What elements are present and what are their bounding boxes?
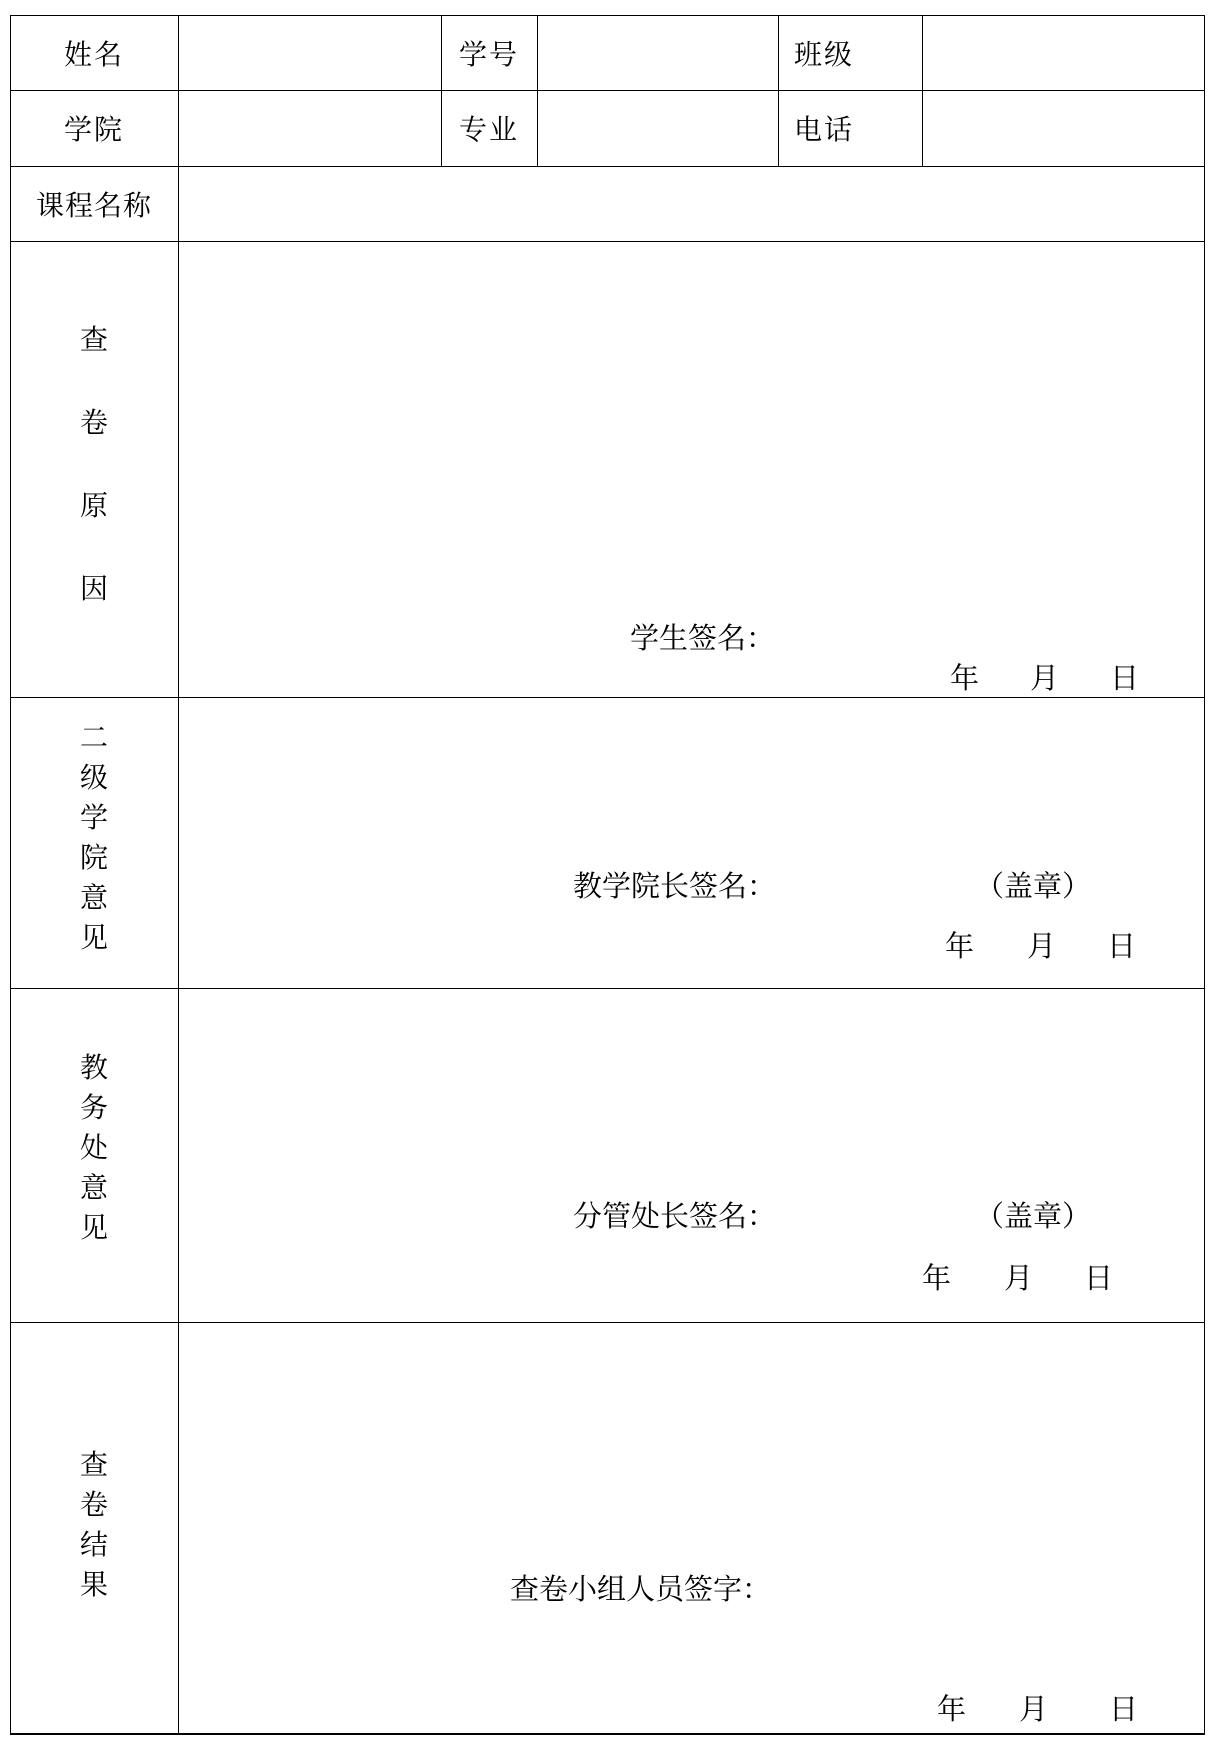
label-char: 院: [80, 838, 108, 878]
major-field[interactable]: [537, 90, 778, 166]
label-char: 级: [80, 758, 108, 798]
review-team-signature-label: 查卷小组人员签字：: [510, 1567, 771, 1608]
label-char: 果: [80, 1565, 108, 1605]
label-char: 务: [80, 1088, 108, 1128]
class-label: 班级: [778, 15, 922, 90]
academic-affairs-opinion-field[interactable]: [180, 990, 1203, 1180]
review-result-field[interactable]: [180, 1324, 1203, 1564]
seal-label: （盖章）: [975, 1194, 1091, 1235]
phone-field[interactable]: [922, 90, 1204, 166]
date-month: 月: [1019, 1687, 1048, 1728]
date-day: 日: [1110, 656, 1139, 697]
major-label: 专业: [441, 90, 537, 166]
date-day: 日: [1107, 924, 1136, 965]
label-char: 见: [80, 918, 108, 958]
student-id-field[interactable]: [537, 15, 778, 90]
student-id-label: 学号: [441, 15, 537, 90]
review-reason-field[interactable]: [180, 243, 1203, 623]
date-year: 年: [950, 656, 979, 697]
label-char: 结: [80, 1525, 108, 1565]
review-result-label: 查 卷 结 果: [10, 1445, 178, 1605]
label-char: 因: [80, 569, 108, 609]
row-divider: [10, 988, 1205, 989]
dean-signature-label: 教学院长签名：: [573, 864, 776, 905]
label-char: 意: [80, 878, 108, 918]
college-opinion-field[interactable]: [180, 699, 1203, 859]
label-char: 学: [80, 798, 108, 838]
director-signature-label: 分管处长签名：: [573, 1194, 776, 1235]
date-day: 日: [1084, 1256, 1113, 1297]
row-divider: [10, 1322, 1205, 1323]
college-field[interactable]: [178, 90, 441, 166]
phone-label: 电话: [778, 90, 922, 166]
date-month: 月: [1030, 656, 1059, 697]
college-opinion-label: 二 级 学 院 意 见: [10, 718, 178, 958]
student-signature-label: 学生签名：: [630, 616, 775, 657]
table-border-right: [1204, 15, 1205, 1734]
name-field[interactable]: [178, 15, 441, 90]
review-reason-label: 查 卷 原 因: [10, 320, 178, 609]
date-year: 年: [945, 924, 974, 965]
label-char: 查: [80, 320, 108, 360]
academic-affairs-opinion-label: 教 务 处 意 见: [10, 1048, 178, 1248]
class-field[interactable]: [922, 15, 1204, 90]
name-label: 姓名: [10, 15, 178, 90]
course-name-field[interactable]: [178, 166, 1204, 241]
date-day: 日: [1109, 1687, 1138, 1728]
label-char: 卷: [80, 403, 108, 443]
date-month: 月: [1004, 1256, 1033, 1297]
label-char: 见: [80, 1208, 108, 1248]
course-name-label: 课程名称: [10, 166, 178, 241]
col-divider: [178, 15, 179, 1734]
label-char: 查: [80, 1445, 108, 1485]
seal-label: （盖章）: [975, 864, 1091, 905]
date-year: 年: [922, 1256, 951, 1297]
label-char: 原: [80, 486, 108, 526]
label-char: 处: [80, 1128, 108, 1168]
date-year: 年: [937, 1687, 966, 1728]
row-divider: [10, 241, 1205, 242]
label-char: 意: [80, 1168, 108, 1208]
row-divider: [10, 697, 1205, 698]
label-char: 教: [80, 1048, 108, 1088]
label-char: 卷: [80, 1485, 108, 1525]
table-border-bottom: [10, 1733, 1205, 1735]
exam-review-application-form: 姓名 学号 班级 学院 专业 电话 课程名称 查 卷 原 因 学生签名： 年 月…: [0, 0, 1215, 1756]
college-label: 学院: [10, 90, 178, 166]
date-month: 月: [1027, 924, 1056, 965]
label-char: 二: [80, 718, 108, 758]
